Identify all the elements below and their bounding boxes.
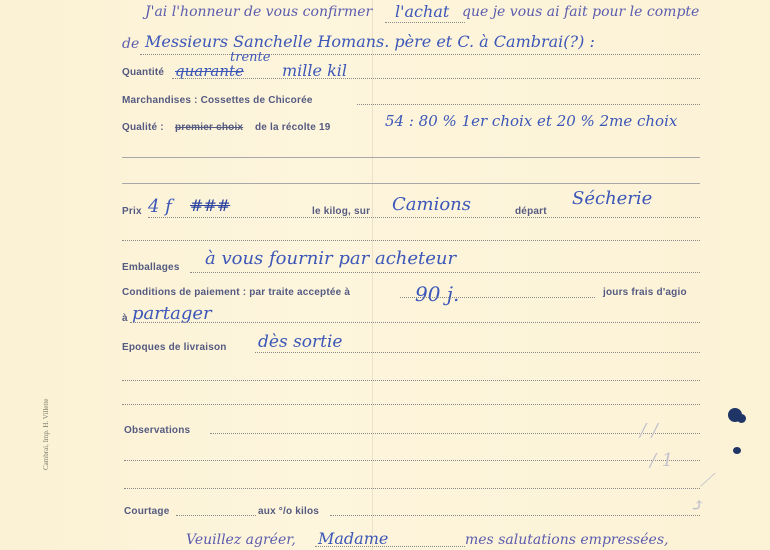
- dotted-line: [255, 352, 700, 353]
- label-jours-agio: jours frais d'agio: [603, 287, 687, 298]
- label-qualite: Qualité :: [122, 122, 164, 133]
- printer-mark: Cambrai, Imp. H. Villette: [42, 399, 50, 470]
- dotted-line: [385, 22, 465, 23]
- dotted-line: [122, 380, 700, 381]
- intro-hand-client: Messieurs Sanchelle Homans. père et C. à…: [145, 32, 595, 51]
- fold-line: [372, 0, 373, 550]
- pencil-mark: ⟋: [700, 470, 713, 491]
- agio-value: partager: [132, 303, 212, 324]
- label-kilog: le kilog, sur: [312, 206, 370, 217]
- pencil-mark: ⤴: [690, 495, 705, 516]
- prix-transport: Camions: [392, 194, 471, 215]
- label-qualite-recolte: de la récolte 19: [255, 122, 330, 133]
- dotted-line: [130, 322, 700, 323]
- label-kilos: aux °/o kilos: [258, 506, 319, 517]
- label-conditions: Conditions de paiement : par traite acce…: [122, 287, 350, 298]
- livraison-value: dès sortie: [258, 332, 343, 352]
- intro-printed-b: que je vous ai fait pour le compte: [462, 4, 699, 20]
- label-livraison: Epoques de livraison: [122, 342, 227, 353]
- prix-depart-value: Sécherie: [572, 188, 652, 209]
- intro-hand-achat: l'achat: [395, 2, 449, 21]
- label-prix: Prix: [122, 206, 142, 217]
- label-depart: départ: [515, 206, 547, 217]
- label-emballages: Emballages: [122, 262, 180, 273]
- label-courtage: Courtage: [124, 506, 170, 517]
- dotted-line: [190, 272, 700, 273]
- ink-blot: [733, 447, 741, 454]
- intro-printed-a: J'ai l'honneur de vous confirmer: [145, 4, 372, 20]
- courtage-field[interactable]: [176, 515, 256, 516]
- label-observations: Observations: [124, 425, 190, 436]
- prix-struck: ###: [190, 196, 230, 215]
- pencil-mark: / 1: [650, 450, 673, 471]
- label-quantite: Quantité: [122, 67, 164, 78]
- closing-printed-a: Veuillez agréer,: [186, 532, 296, 548]
- intro-printed-de: de: [122, 36, 139, 52]
- dotted-line: [140, 54, 700, 55]
- ink-blot: [737, 414, 746, 423]
- dotted-line: [122, 183, 700, 184]
- qualite-value: 54 : 80 % 1er choix et 20 % 2me choix: [385, 112, 677, 130]
- dotted-line: [124, 488, 700, 489]
- label-qualite-struck: premier choix: [175, 122, 243, 133]
- label-marchandises: Marchandises : Cossettes de Chicorée: [122, 95, 313, 106]
- prix-value: 4 f: [148, 196, 172, 217]
- dotted-line: [122, 240, 700, 241]
- dotted-line: [122, 404, 700, 405]
- courtage-kilos-field[interactable]: [330, 515, 700, 516]
- dotted-line: [172, 78, 700, 79]
- dotted-line: [148, 217, 700, 218]
- dotted-line: [315, 546, 465, 547]
- dotted-line: [122, 157, 700, 158]
- marchandises-field[interactable]: [357, 104, 700, 105]
- conditions-value: 90 j.: [415, 282, 459, 306]
- emballages-value: à vous fournir par acheteur: [205, 248, 456, 269]
- dotted-line: [124, 460, 700, 461]
- observations-field[interactable]: [210, 433, 700, 434]
- pencil-mark: / /: [640, 420, 658, 441]
- label-a: à: [122, 313, 128, 324]
- dotted-line: [400, 297, 595, 298]
- quantite-correction: trente: [230, 50, 270, 65]
- closing-printed-b: mes salutations empressées,: [465, 532, 668, 548]
